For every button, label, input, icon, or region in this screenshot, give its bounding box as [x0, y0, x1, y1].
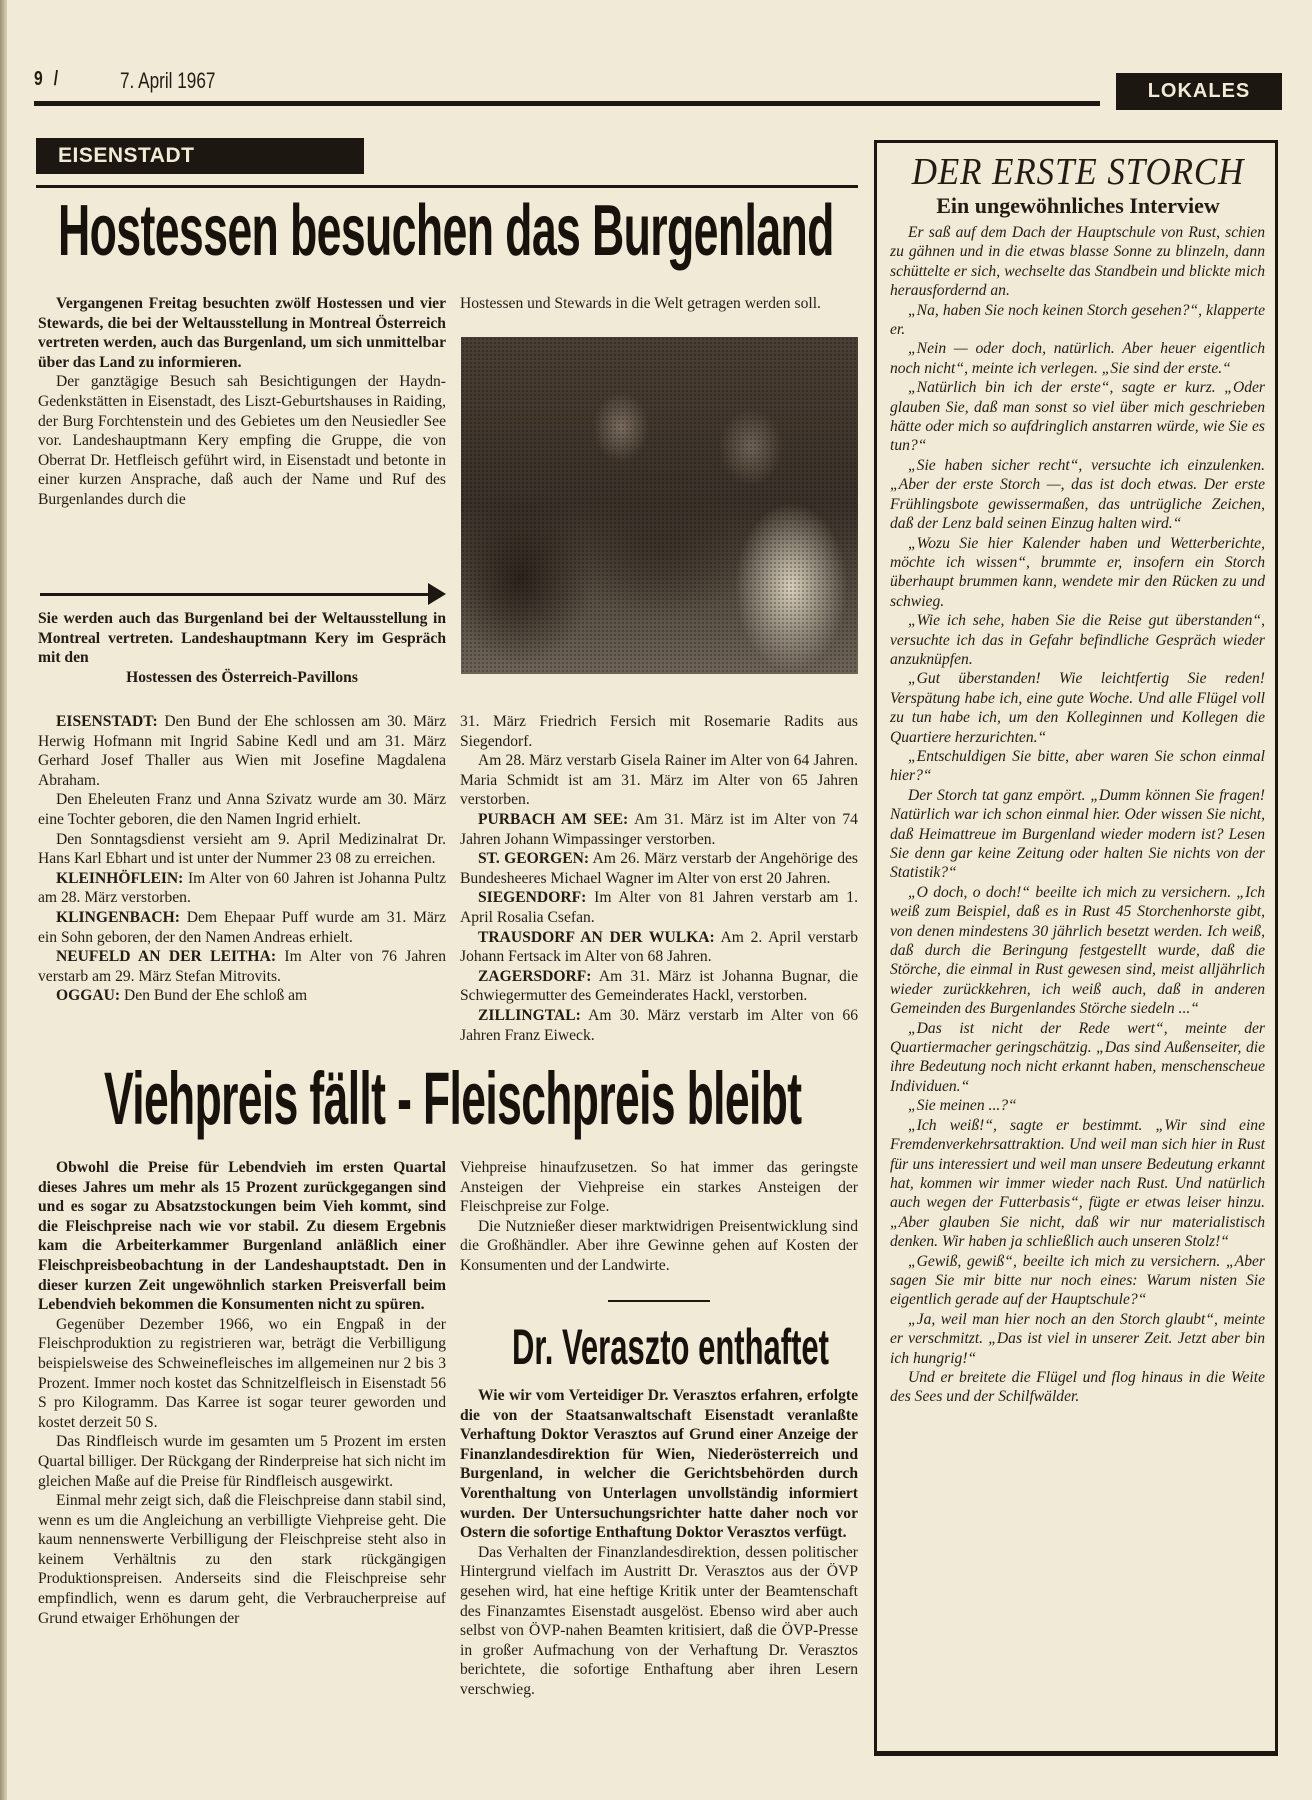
article-divider — [608, 1300, 710, 1302]
notice-item: OGGAU: Den Bund der Ehe schloß am — [38, 986, 446, 1006]
notices-col2: 31. März Friedrich Fersich mit Rosemarie… — [460, 712, 858, 1045]
storch-paragraph: „Gewiß, gewiß“, beeilte ich mich zu vers… — [890, 1252, 1265, 1310]
viehpreis-lead: Obwohl die Preise für Lebendvieh im erst… — [38, 1158, 446, 1315]
viehpreis-continued: Viehpreise hinaufzusetzen. So hat immer … — [460, 1158, 858, 1217]
storch-paragraph: „Ja, weil man hier noch an den Storch gl… — [890, 1310, 1265, 1368]
storch-paragraph: „Sie haben sicher recht“, versuchte ich … — [890, 456, 1265, 534]
page-number: 9 / — [34, 68, 59, 91]
storch-paragraph: „Wozu Sie hier Kalender haben und Wetter… — [890, 534, 1265, 612]
hostessen-article-col2: Hostessen und Stewards in die Welt getra… — [460, 294, 858, 314]
photo-caption: Sie werden auch das Burgenland bei der W… — [38, 609, 446, 687]
storch-paragraph: „Entschuldigen Sie bitte, aber waren Sie… — [890, 747, 1265, 786]
storch-paragraph: „Wie ich sehe, haben Sie die Reise gut ü… — [890, 611, 1265, 669]
storch-paragraph: Er saß auf dem Dach der Hauptschule von … — [890, 223, 1265, 301]
hostessen-lead: Vergangenen Freitag besuchten zwölf Host… — [38, 294, 446, 372]
notice-item: SIEGENDORF: Im Alter von 81 Jahren verst… — [460, 888, 858, 927]
hostessen-continued: Hostessen und Stewards in die Welt getra… — [460, 294, 858, 314]
section-label-eisenstadt: EISENSTADT — [36, 138, 364, 174]
storch-paragraph: „Nein — oder doch, natürlich. Aber heuer… — [890, 339, 1265, 378]
notice-item: ZILLINGTAL: Am 30. März verstarb im Alte… — [460, 1006, 858, 1045]
viehpreis-paragraph: Einmal mehr zeigt sich, daß die Fleischp… — [38, 1491, 446, 1628]
section-badge-lokales: LOKALES — [1116, 73, 1282, 110]
viehpreis-paragraph: Die Nutznießer dieser marktwidrigen Prei… — [460, 1217, 858, 1276]
viehpreis-col1: Obwohl die Preise für Lebendvieh im erst… — [38, 1158, 446, 1628]
storch-paragraph: „O doch, o doch!“ beeilte ich mich zu ve… — [890, 883, 1265, 1019]
viehpreis-paragraph: Gegenüber Dezember 1966, wo ein Engpaß i… — [38, 1315, 446, 1433]
viehpreis-col2: Viehpreise hinaufzusetzen. So hat immer … — [460, 1158, 858, 1276]
notice-item: KLINGENBACH: Dem Ehepaar Puff wurde am 3… — [38, 908, 446, 947]
headline-verasztos: Dr. Veraszto enthaftet — [512, 1318, 829, 1376]
verasztos-body: Das Verhalten der Finanzlandesdirektion,… — [460, 1543, 858, 1700]
storch-title: DER ERSTE STORCH — [903, 150, 1253, 194]
notices-col1: EISENSTADT: Den Bund der Ehe schlossen a… — [38, 712, 446, 1006]
hostessen-article-col1: Vergangenen Freitag besuchten zwölf Host… — [38, 294, 446, 510]
storch-paragraph: „Ich weiß!“, sagte er bestimmt. „Wir sin… — [890, 1116, 1265, 1252]
storch-body: Er saß auf dem Dach der Hauptschule von … — [890, 223, 1265, 1407]
viehpreis-paragraph: Das Rindfleisch wurde im gesamten um 5 P… — [38, 1432, 446, 1491]
news-photo-hostessen — [461, 337, 858, 674]
arrow-line — [40, 593, 430, 596]
storch-paragraph: „Das ist nicht der Rede wert“, meinte de… — [890, 1019, 1265, 1097]
issue-date: 7. April 1967 — [120, 68, 215, 94]
notice-item: Am 28. März verstarb Gisela Rainer im Al… — [460, 751, 858, 810]
page-edge — [0, 0, 7, 1800]
storch-subtitle: Ein ungewöhnliches Interview — [888, 193, 1268, 219]
verasztos-lead: Wie wir vom Verteidiger Dr. Verasztos er… — [460, 1386, 858, 1543]
newspaper-page: 9 / 7. April 1967 LOKALES EISENSTADT Hos… — [0, 0, 1312, 1800]
storch-paragraph: Und er breitete die Flügel und flog hina… — [890, 1368, 1265, 1407]
notice-item: Den Eheleuten Franz und Anna Szivatz wur… — [38, 790, 446, 829]
caption-text: Sie werden auch das Burgenland bei der W… — [38, 610, 446, 666]
headline-hostessen: Hostessen besuchen das Burgenland — [58, 190, 834, 272]
arrow-right-icon — [428, 583, 446, 605]
notice-item: 31. März Friedrich Fersich mit Rosemarie… — [460, 712, 858, 751]
storch-paragraph: „Sie meinen ...?“ — [890, 1096, 1265, 1115]
notice-item: ZAGERSDORF: Am 31. März ist Johanna Bugn… — [460, 967, 858, 1006]
storch-paragraph: „Gut überstanden! Wie leichtfertig Sie r… — [890, 669, 1265, 747]
verasztos-article: Wie wir vom Verteidiger Dr. Verasztos er… — [460, 1386, 858, 1700]
storch-paragraph: „Na, haben Sie noch keinen Storch gesehe… — [890, 301, 1265, 340]
notice-item: KLEINHÖFLEIN: Im Alter von 60 Jahren ist… — [38, 869, 446, 908]
notice-item: EISENSTADT: Den Bund der Ehe schlossen a… — [38, 712, 446, 790]
header-rule — [34, 101, 1100, 106]
notice-item: PURBACH AM SEE: Am 31. März ist im Alter… — [460, 810, 858, 849]
storch-paragraph: „Natürlich bin ich der erste“, sagte er … — [890, 378, 1265, 456]
notice-item: ST. GEORGEN: Am 26. März verstarb der An… — [460, 849, 858, 888]
caption-last-line: Hostessen des Österreich-Pavillons — [38, 668, 446, 688]
headline-viehpreis: Viehpreis fällt - Fleischpreis bleibt — [104, 1056, 801, 1141]
notice-item: Den Sonntagsdienst versieht am 9. April … — [38, 830, 446, 869]
storch-paragraph: Der Storch tat ganz empört. „Dumm können… — [890, 786, 1265, 883]
notice-item: NEUFELD AN DER LEITHA: Im Alter von 76 J… — [38, 947, 446, 986]
section-rule — [36, 185, 858, 188]
notice-item: TRAUSDORF AN DER WULKA: Am 2. April vers… — [460, 928, 858, 967]
hostessen-body: Der ganztägige Besuch sah Besichtigungen… — [38, 372, 446, 509]
